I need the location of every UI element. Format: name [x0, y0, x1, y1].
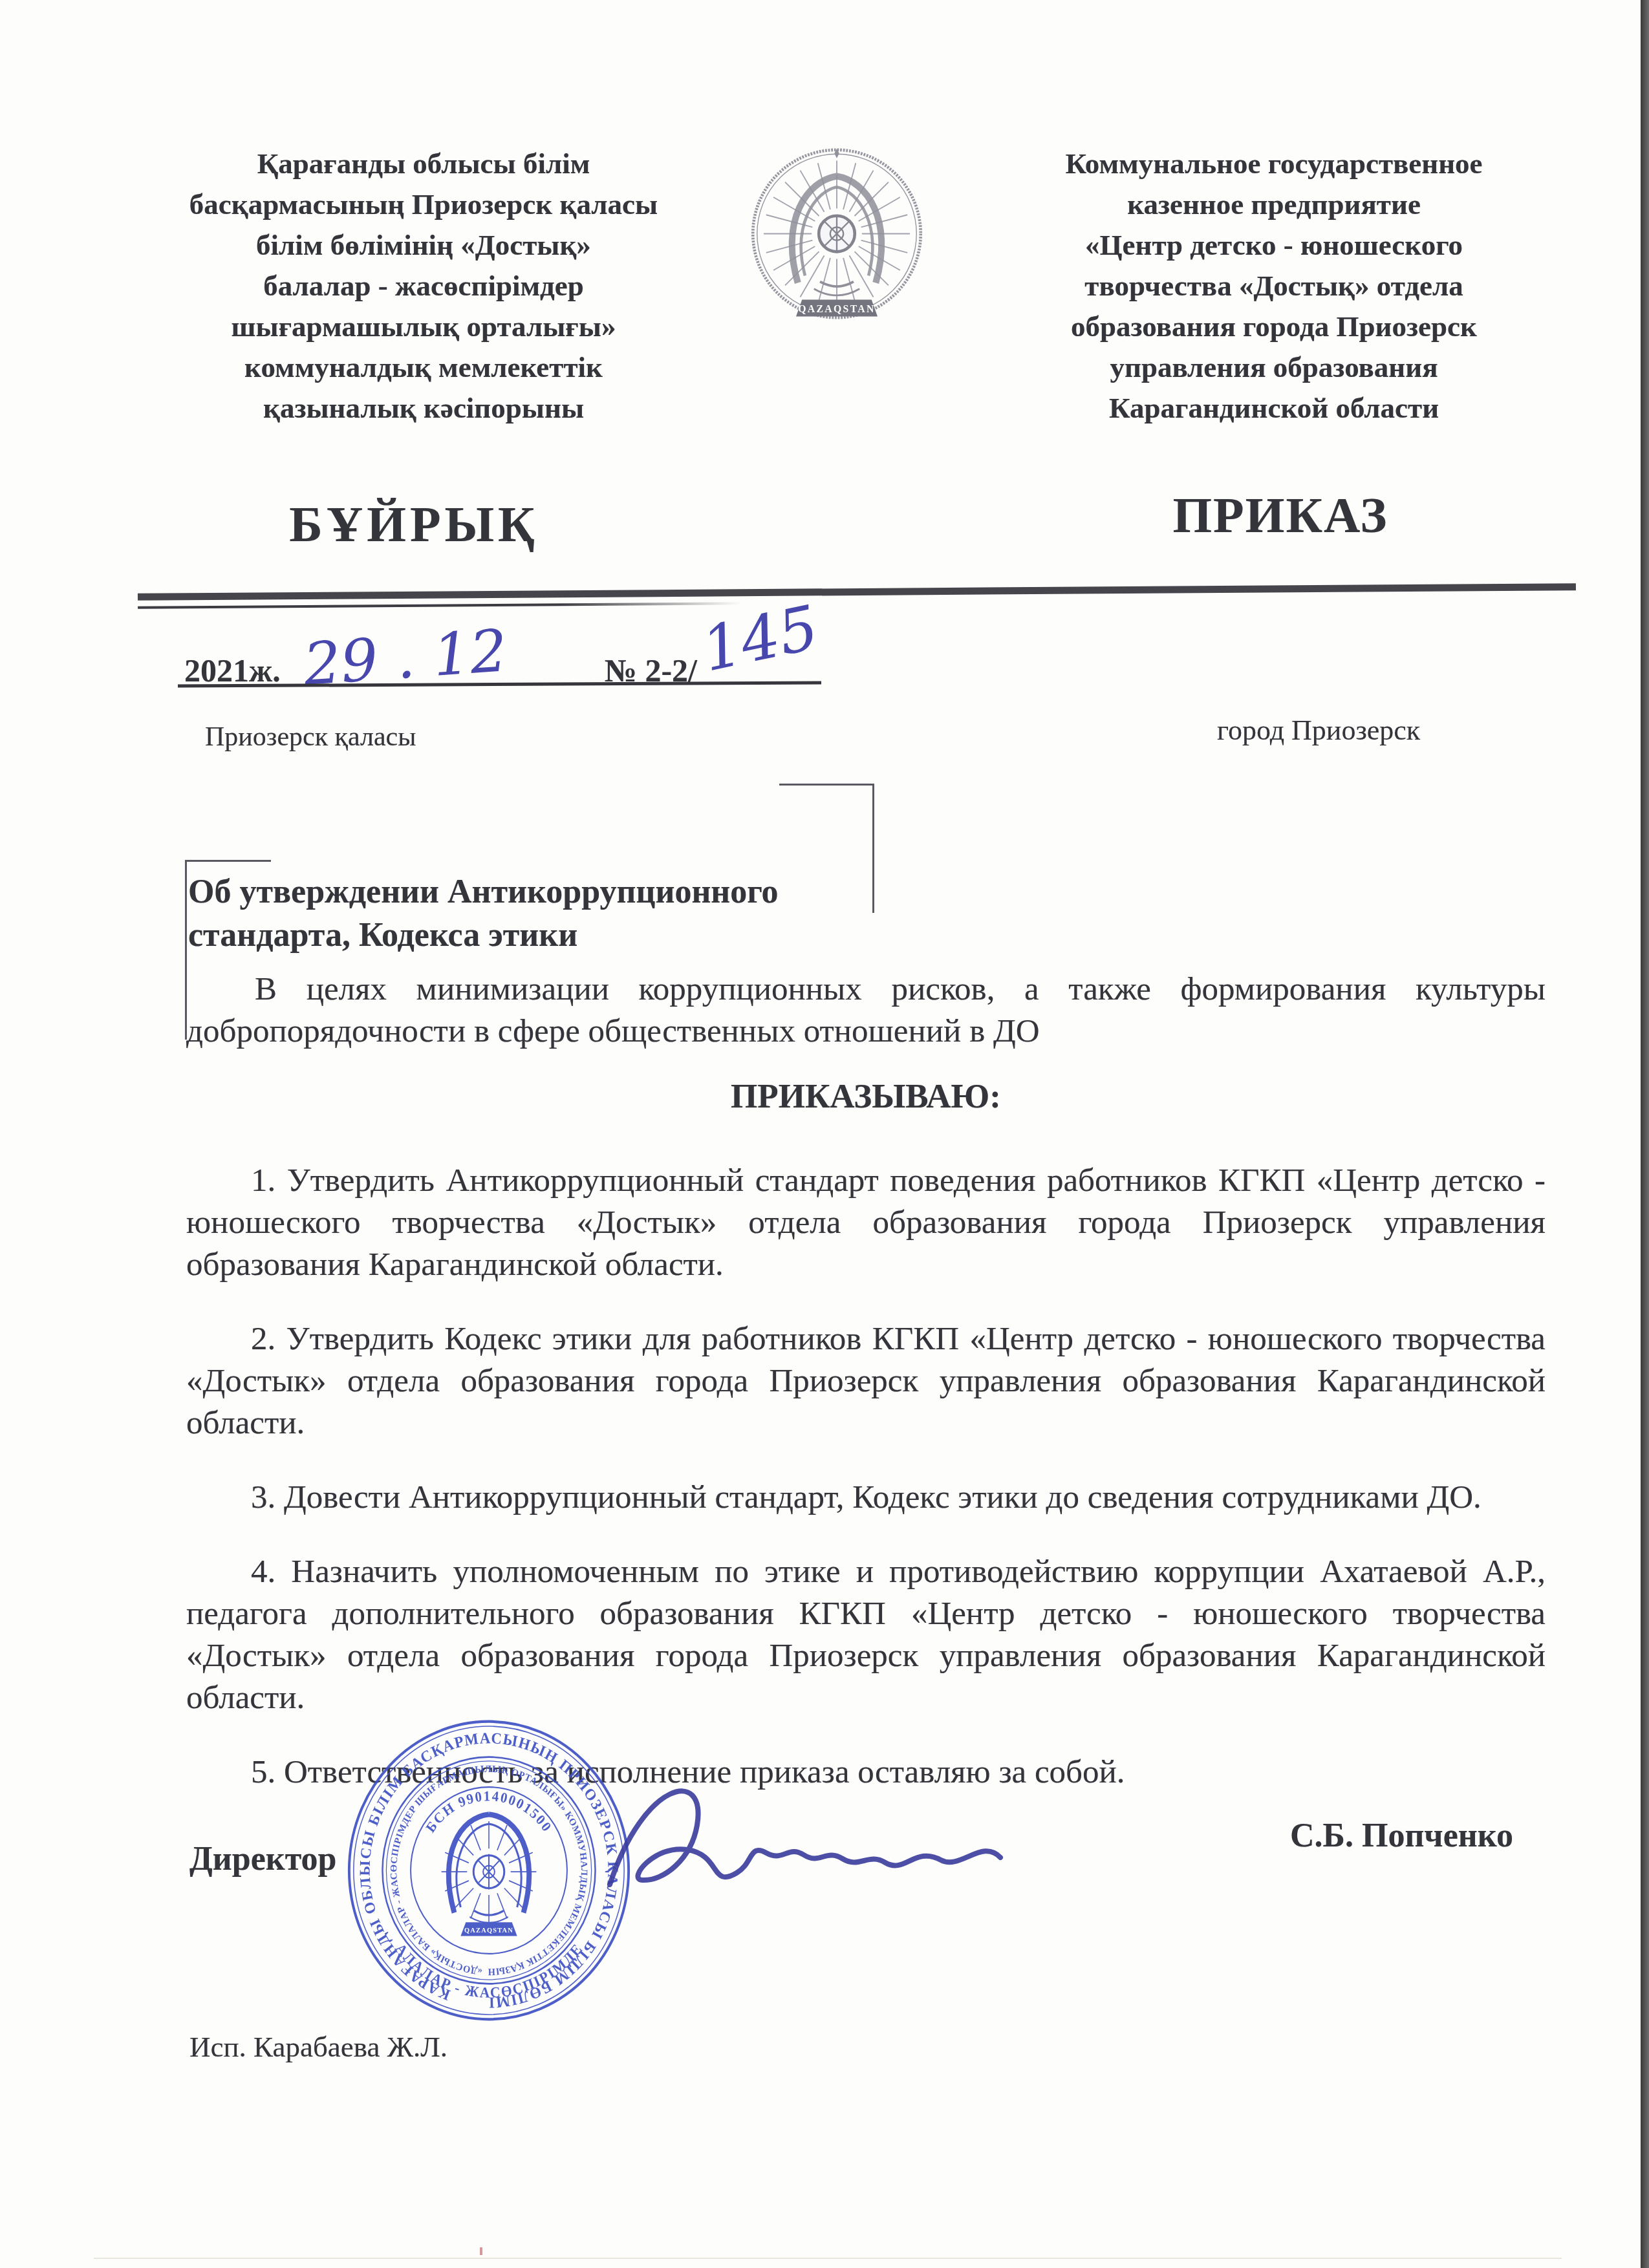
emblem-shanyrak	[819, 215, 855, 253]
order-item-1: 1. Утвердить Антикоррупционный стандарт …	[186, 1160, 1546, 1286]
org-name-russian: Коммунальное государственное казенное пр…	[1015, 144, 1533, 429]
order-title-russian: ПРИКАЗ	[1099, 486, 1461, 544]
order-item-3: 3. Довести Антикоррупционный стандарт, К…	[186, 1477, 1546, 1519]
intro-paragraph: В целях минимизации коррупционных рисков…	[186, 968, 1546, 1053]
corner-bracket-right-horizontal	[779, 784, 873, 786]
scan-bottom-artifact	[94, 2258, 1562, 2259]
scan-pink-artifact	[480, 2247, 482, 2255]
director-name: С.Б. Попченко	[1290, 1817, 1513, 1855]
corner-bracket-right-vertical	[872, 784, 874, 913]
executor-line: Исп. Карабаева Ж.Л.	[189, 2030, 447, 2064]
separator-rule	[138, 583, 1576, 609]
org-name-kazakh: Қарағанды облысы білім басқармасының При…	[189, 144, 658, 429]
order-item-4: 4. Назначить уполномоченным по этике и п…	[186, 1551, 1546, 1719]
separator-rule-thick	[138, 583, 1576, 601]
letterhead: Қарағанды облысы білім басқармасының При…	[189, 144, 1533, 429]
scanned-order-document: Қарағанды облысы білім басқармасының При…	[0, 0, 1649, 2268]
stamp-caption: QAZAQSTAN	[464, 1927, 513, 1934]
place-kazakh: Приозерск қаласы	[205, 722, 416, 753]
order-item-2: 2. Утвердить Кодекс этики для работников…	[186, 1318, 1546, 1444]
stamp-emblem-banner: QAZAQSTAN	[460, 1922, 517, 1936]
order-title-kazakh: БҰЙРЫҚ	[233, 495, 595, 553]
command-word: ПРИКАЗЫВАЮ:	[186, 1077, 1546, 1116]
handwritten-order-number: 145	[696, 593, 824, 686]
corner-bracket-left-horizontal	[185, 860, 271, 862]
separator-rule-thin	[138, 602, 742, 609]
director-label: Директор	[189, 1840, 336, 1878]
emblem-banner: QAZAQSTAN	[796, 299, 878, 316]
kazakhstan-emblem-icon: QAZAQSTAN	[747, 137, 927, 339]
stamp-emblem-shanyrak	[473, 1854, 504, 1890]
scan-edge-shadow	[1641, 0, 1649, 2268]
place-russian: город Приозерск	[1217, 714, 1420, 747]
emblem-caption: QAZAQSTAN	[798, 304, 875, 315]
order-subject: Об утверждении Антикоррупционного станда…	[188, 870, 779, 957]
director-signature-stroke	[592, 1762, 1012, 1920]
